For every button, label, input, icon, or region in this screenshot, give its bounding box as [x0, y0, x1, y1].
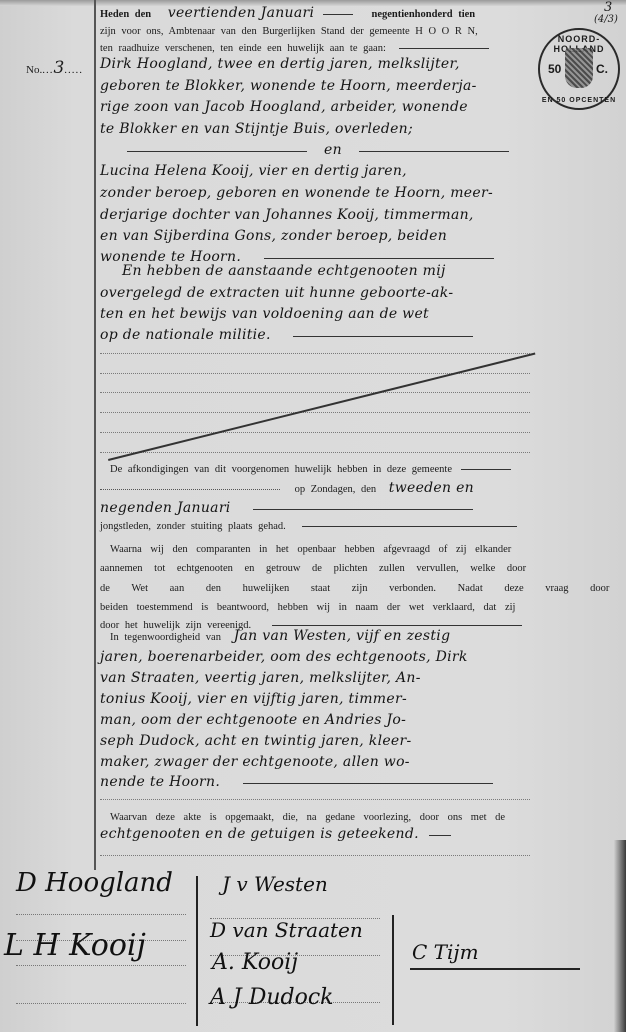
- witnesses-first-line: Jan van Westen, vijf en zestig: [234, 628, 451, 644]
- declaration-line-4: beiden toestemmend is beantwoord, hebben…: [100, 602, 536, 613]
- marriage-certificate-page: 3 (4/3) No....3..... NOORD-HOLLAND 50 C.…: [0, 0, 626, 1032]
- page-right-edge: [614, 840, 626, 1032]
- intro-line-3: ten raadhuize verschenen, ten einde een …: [100, 43, 536, 54]
- blank-dotted-line: [100, 452, 530, 453]
- witnesses-prefix: In tegenwoordigheid van: [110, 632, 221, 643]
- intro-prefix: Heden den: [100, 9, 151, 20]
- witnesses-line-2: jaren, boerenarbeider, oom des echtgenoo…: [100, 649, 536, 665]
- groom-line-4: te Blokker en van Stijntje Buis, overled…: [100, 121, 536, 137]
- blank-dotted-line: [100, 353, 530, 354]
- record-number-label: No.: [26, 64, 42, 76]
- blank-dotted-line: [100, 412, 530, 413]
- sig-dotted-line: [16, 965, 186, 966]
- intro-line-3-rule: [399, 48, 489, 49]
- declaration-line-5-rule: [272, 625, 522, 626]
- bride-line-4: en van Sijberdina Gons, zonder beroep, b…: [100, 228, 536, 244]
- witnesses-line-5: man, oom der echtgenoote en Andries Jo-: [100, 712, 536, 728]
- documents-line-4-rule: [293, 336, 473, 337]
- record-number-value: 3: [53, 58, 64, 78]
- closing-hand: echtgenooten en de getuigen is geteekend…: [100, 826, 419, 842]
- signature-bride: L H Kooij: [4, 928, 146, 963]
- intro-line-2: zijn voor ons, Ambtenaar van den Burgerl…: [100, 26, 536, 37]
- bride-line-3: derjarige dochter van Johannes Kooij, ti…: [100, 207, 536, 223]
- signature-groom: D Hoogland: [16, 868, 173, 898]
- sig-dotted-line: [16, 1003, 186, 1004]
- separator-rule-right: [359, 151, 509, 152]
- declaration-line-2: aannemen tot echtgenooten en getrouw de …: [100, 563, 536, 574]
- banns-line-2-dots: [100, 489, 280, 490]
- banns-line-3-hand: negenden Januari: [100, 500, 231, 516]
- bride-line-5-rule: [264, 258, 494, 259]
- crown-lion-crest-icon: [565, 48, 593, 88]
- banns-line-4-rule: [302, 526, 517, 527]
- stamp-bottom-text: EN 50 OPCENTEN: [540, 97, 618, 104]
- groom-line-3: rige zoon van Jacob Hoogland, arbeider, …: [100, 99, 536, 115]
- banns-line-1-text: De afkondigingen van dit voorgenomen huw…: [110, 464, 452, 475]
- declaration-line-1: Waarna wij den comparanten in het openba…: [100, 544, 546, 555]
- witnesses-line-4: tonius Kooij, vier en vijftig jaren, tim…: [100, 691, 536, 707]
- separator-text: en: [324, 142, 342, 158]
- banns-line-2-hand: tweeden en: [389, 480, 474, 496]
- closing-printed: Waarvan deze akte is opgemaakt, die, na …: [100, 812, 546, 823]
- bride-line-2: zonder beroep, geboren en wonende te Hoo…: [100, 185, 536, 201]
- groom-line-1: Dirk Hoogland, twee en dertig jaren, mel…: [100, 56, 536, 72]
- intro-suffix: negentienhonderd tien: [372, 9, 476, 20]
- bride-line-1: Lucina Helena Kooij, vier en dertig jare…: [100, 163, 536, 179]
- documents-line-3: ten en het bewijs van voldoening aan de …: [100, 306, 536, 322]
- record-number: No....3.....: [26, 58, 83, 78]
- witnesses-line-7: maker, zwager der echtgenoote, allen wo-: [100, 754, 536, 770]
- intro-rule: [323, 14, 353, 15]
- blank-dotted-line: [100, 855, 530, 856]
- banns-line-1: De afkondigingen van dit voorgenomen huw…: [100, 464, 536, 475]
- signature-brace-right: [392, 915, 394, 1025]
- banns-line-4-text: jongstleden, zonder stuiting plaats geha…: [100, 521, 286, 532]
- signature-official-flourish: [410, 968, 580, 970]
- cancel-strike-line: [108, 353, 535, 461]
- signature-brace-left: [196, 876, 198, 1026]
- record-number-dots-trailing: .....: [64, 64, 83, 76]
- blank-dotted-line: [100, 432, 530, 433]
- banns-line-2: op Zondagen, den tweeden en: [100, 480, 536, 496]
- signature-witness-1: J v Westen: [222, 872, 328, 896]
- stamp-value: 50: [548, 62, 561, 76]
- witnesses-line-8-text: nende te Hoorn.: [100, 774, 220, 790]
- corner-annotation-sub: (4/3): [594, 14, 618, 25]
- sig-dotted-line: [16, 914, 186, 915]
- signature-witness-2: D van Straaten: [210, 918, 363, 942]
- stamp-unit: C.: [596, 62, 608, 76]
- intro-line-1: Heden den veertienden Januari negentienh…: [100, 5, 536, 21]
- documents-line-2: overgelegd de extracten uit hunne geboor…: [100, 285, 536, 301]
- blank-dotted-line: [100, 373, 530, 374]
- separator-rule-left: [127, 151, 307, 152]
- documents-line-4: op de nationale militie.: [100, 327, 536, 343]
- closing-hand-line: echtgenooten en de getuigen is geteekend…: [100, 826, 536, 842]
- witnesses-line-8: nende te Hoorn.: [100, 774, 536, 790]
- signature-witness-3: A. Kooij: [212, 950, 298, 975]
- documents-line-4-text: op de nationale militie.: [100, 327, 271, 343]
- record-number-dots: ...: [42, 64, 53, 76]
- signature-official: C Tijm: [412, 940, 479, 964]
- blank-dotted-line: [100, 799, 530, 800]
- banns-line-3-rule: [253, 509, 473, 510]
- groom-line-2: geboren te Blokker, wonende te Hoorn, me…: [100, 78, 536, 94]
- corner-annotation-top: 3: [604, 0, 612, 15]
- banns-line-4: jongstleden, zonder stuiting plaats geha…: [100, 521, 536, 532]
- banns-line-1-rule: [461, 469, 511, 470]
- banns-line-3: negenden Januari: [100, 500, 536, 516]
- intro-date: veertienden Januari: [168, 5, 315, 21]
- tax-stamp: NOORD-HOLLAND 50 C. EN 50 OPCENTEN: [538, 28, 620, 110]
- banns-line-2-prefix: op Zondagen, den: [295, 484, 377, 495]
- intro-line-3-text: ten raadhuize verschenen, ten einde een …: [100, 43, 386, 54]
- witnesses-line-6: seph Dudock, acht en twintig jaren, klee…: [100, 733, 536, 749]
- witnesses-line-1: In tegenwoordigheid van Jan van Westen, …: [100, 628, 536, 644]
- margin-rule: [94, 0, 96, 870]
- declaration-line-3: de Wet aan den huwelijken staat zijn ver…: [100, 583, 536, 594]
- blank-dotted-line: [100, 392, 530, 393]
- closing-rule: [429, 835, 451, 836]
- separator-line: en: [100, 142, 536, 158]
- witnesses-line-3: van Straaten, veertig jaren, melkslijter…: [100, 670, 536, 686]
- witnesses-line-8-rule: [243, 783, 493, 784]
- signature-witness-4: A J Dudock: [210, 985, 333, 1010]
- documents-line-1: En hebben de aanstaande echtgenooten mij: [100, 263, 558, 279]
